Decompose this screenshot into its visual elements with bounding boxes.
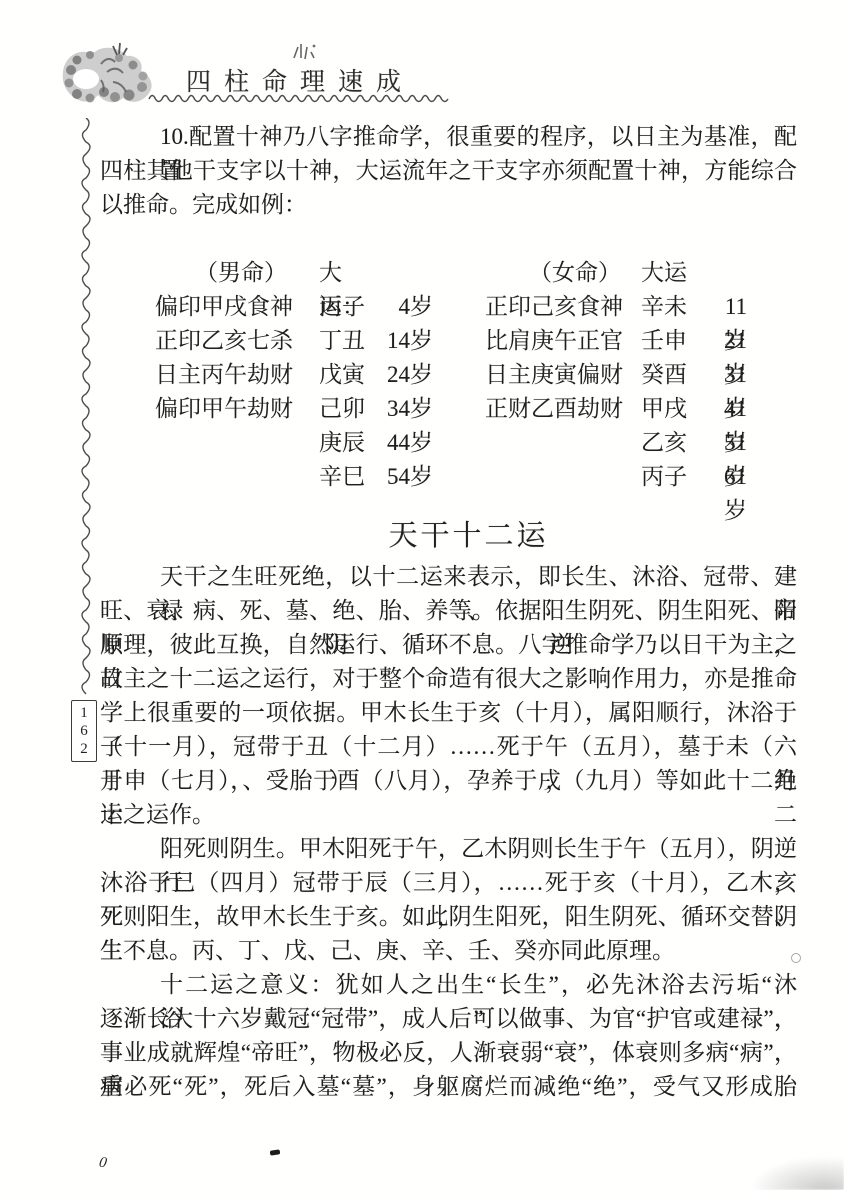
margin-zigzag-line (76, 118, 96, 702)
scan-dash-artifact (270, 1149, 281, 1155)
pillar-cell (485, 426, 635, 460)
spacer-cell (383, 256, 453, 290)
text-line: 于申（七月），、受胎于酉（八月），孕养于戌（九月）等如此十二月十二 (100, 764, 797, 798)
age-cell: 11岁 (705, 290, 791, 324)
text-line: 死则阳生，故甲木长生于亥。如此阴生阳死，阳生阴死、循环交替、生 (100, 900, 797, 934)
luck-column-header: 大运 (635, 256, 705, 290)
text-line: 以推命。完成如例： (100, 188, 797, 222)
age-cell: 14岁 (383, 324, 453, 358)
ink-splatter-mark (288, 40, 318, 66)
page-content: 10.配置十神乃八字推命学，很重要的程序，以日主为基准，配置四柱其他干支字以十神… (100, 120, 797, 1104)
text-line: 原理，彼此互换，自然运行、循环不息。八字推命学乃以日干为主，故 (100, 628, 797, 662)
text-line: 阳死则阴生。甲木阳死于午，乙木阴则长生于午（五月），阴逆行， (100, 832, 797, 866)
ganzhi-cell: 己卯 (305, 392, 383, 426)
paragraph-twelve-stages-meaning: 十二运之意义：犹如人之出生“长生”，必先沐浴去污垢“沐浴”，逐渐长大十六岁戴冠“… (100, 968, 797, 1104)
ganzhi-cell: 辛巳 (305, 460, 383, 494)
pillar-cell: 日主丙午劫财 (155, 358, 305, 392)
age-cell: 21岁 (705, 324, 791, 358)
age-cell: 4岁 (383, 290, 453, 324)
scan-corner-smudge (749, 1156, 844, 1190)
text-line: 日主之十二运之运行，对于整个命造有很大之影响作用力，亦是推命 (100, 662, 797, 696)
text-line: 天干之生旺死绝，以十二运来表示，即长生、沐浴、冠带、建禄、帝 (100, 560, 797, 594)
ganzhi-cell: 戊寅 (305, 358, 383, 392)
ganzhi-cell: 乙亥 (635, 426, 705, 460)
text-line: 四柱其他干支字以十神，大运流年之干支字亦须配置十神，方能综合 (100, 154, 797, 188)
pillar-cell: 日主庚寅偏财 (485, 358, 635, 392)
age-cell: 61岁 (705, 460, 791, 494)
page-number-digit: 2 (80, 740, 88, 758)
pillar-cell: 比肩庚午正官 (485, 324, 635, 358)
text-line: 事业成就辉煌“帝旺”，物极必反，人渐衰弱“衰”，体衰则多病“病”，重 (100, 1036, 797, 1070)
text-line: 病必死“死”，死后入墓“墓”，身躯腐烂而减绝“绝”，受气又形成胎 (100, 1070, 797, 1104)
page-number-digit: 1 (80, 704, 88, 722)
pillar-cell: 正印己亥食神 (485, 290, 635, 324)
pillar-cell (485, 460, 635, 494)
spacer-cell (705, 256, 791, 290)
text-line: 沐浴于巳（四月）冠带于辰（三月），……死于亥（十月），乙木亥死，阴 (100, 866, 797, 900)
text-line: （十一月），冠带于丑（十二月）……死于午（五月），墓于未（六月），绝 (100, 730, 797, 764)
age-cell: 24岁 (383, 358, 453, 392)
age-cell: 31岁 (705, 358, 791, 392)
text-line: 学上很重要的一项依据。甲木长生于亥（十月），属阳顺行，沐浴于子 (100, 696, 797, 730)
luck-column-header: 大运： (305, 256, 383, 290)
text-line: 10.配置十神乃八字推命学，很重要的程序，以日主为基准，配置 (100, 120, 797, 154)
text-line: 旺、衰、病、死、墓、绝、胎、养等。依据阳生阴死、阴生阳死、阳顺阴逆之 (100, 594, 797, 628)
age-cell: 41岁 (705, 392, 791, 426)
age-cell: 51岁 (705, 426, 791, 460)
text-line: 逐渐长大十六岁戴冠“冠带”，成人后可以做事、为官“护官或建禄”， (100, 1002, 797, 1036)
age-cell: 34岁 (383, 392, 453, 426)
paragraph-yin-yang-cycle: 阳死则阴生。甲木阳死于午，乙木阴则长生于午（五月），阴逆行，沐浴于巳（四月）冠带… (100, 832, 797, 968)
chart-gender-label: （女命） (485, 256, 635, 290)
text-line: 生不息。丙、丁、戊、己、庚、辛、壬、癸亦同此原理。 (100, 934, 797, 968)
pillar-cell: 正印乙亥七杀 (155, 324, 305, 358)
page-number-box: 1 6 2 (71, 700, 97, 762)
ganzhi-cell: 丁丑 (305, 324, 383, 358)
ganzhi-cell: 壬申 (635, 324, 705, 358)
pillar-cell (155, 460, 305, 494)
ganzhi-cell: 丙子 (635, 460, 705, 494)
paragraph-twelve-stages: 天干之生旺死绝，以十二运来表示，即长生、沐浴、冠带、建禄、帝旺、衰、病、死、墓、… (100, 560, 797, 832)
section-title: 天干十二运 (100, 516, 797, 560)
female-chart: （女命）大运正印己亥食神辛未11岁比肩庚午正官壬申21岁日主庚寅偏财癸酉31岁正… (485, 256, 791, 494)
pillar-cell: 正财乙酉劫财 (485, 392, 635, 426)
male-chart: （男命）大运：偏印甲戌食神丙子4岁正印乙亥七杀丁丑14岁日主丙午劫财戊寅24岁偏… (155, 256, 453, 494)
page-number-digit: 6 (80, 722, 88, 740)
ganzhi-cell: 癸酉 (635, 358, 705, 392)
chart-gender-label: （男命） (155, 256, 305, 290)
dragon-stamp-decoration (57, 40, 161, 122)
age-cell: 54岁 (383, 460, 453, 494)
ganzhi-cell: 庚辰 (305, 426, 383, 460)
pillar-cell: 偏印甲午劫财 (155, 392, 305, 426)
example-charts: （男命）大运：偏印甲戌食神丙子4岁正印乙亥七杀丁丑14岁日主丙午劫财戊寅24岁偏… (100, 256, 797, 494)
pillar-cell (155, 426, 305, 460)
scan-stray-zero-mark: 0 (98, 1154, 108, 1172)
pillar-cell: 偏印甲戌食神 (155, 290, 305, 324)
wavy-underline (148, 92, 450, 106)
ganzhi-cell: 甲戌 (635, 392, 705, 426)
paragraph-ten-gods-intro: 10.配置十神乃八字推命学，很重要的程序，以日主为基准，配置四柱其他干支字以十神… (100, 120, 797, 222)
ganzhi-cell: 丙子 (305, 290, 383, 324)
scan-ring-artifact (791, 953, 801, 963)
text-line: 十二运之意义：犹如人之出生“长生”，必先沐浴去污垢“沐浴”， (100, 968, 797, 1002)
age-cell: 44岁 (383, 426, 453, 460)
ganzhi-cell: 辛未 (635, 290, 705, 324)
book-page-scan: 四柱命理速成 1 6 2 10.配置十神乃八字推命学，很重要的程序，以日主为基准… (0, 0, 844, 1190)
